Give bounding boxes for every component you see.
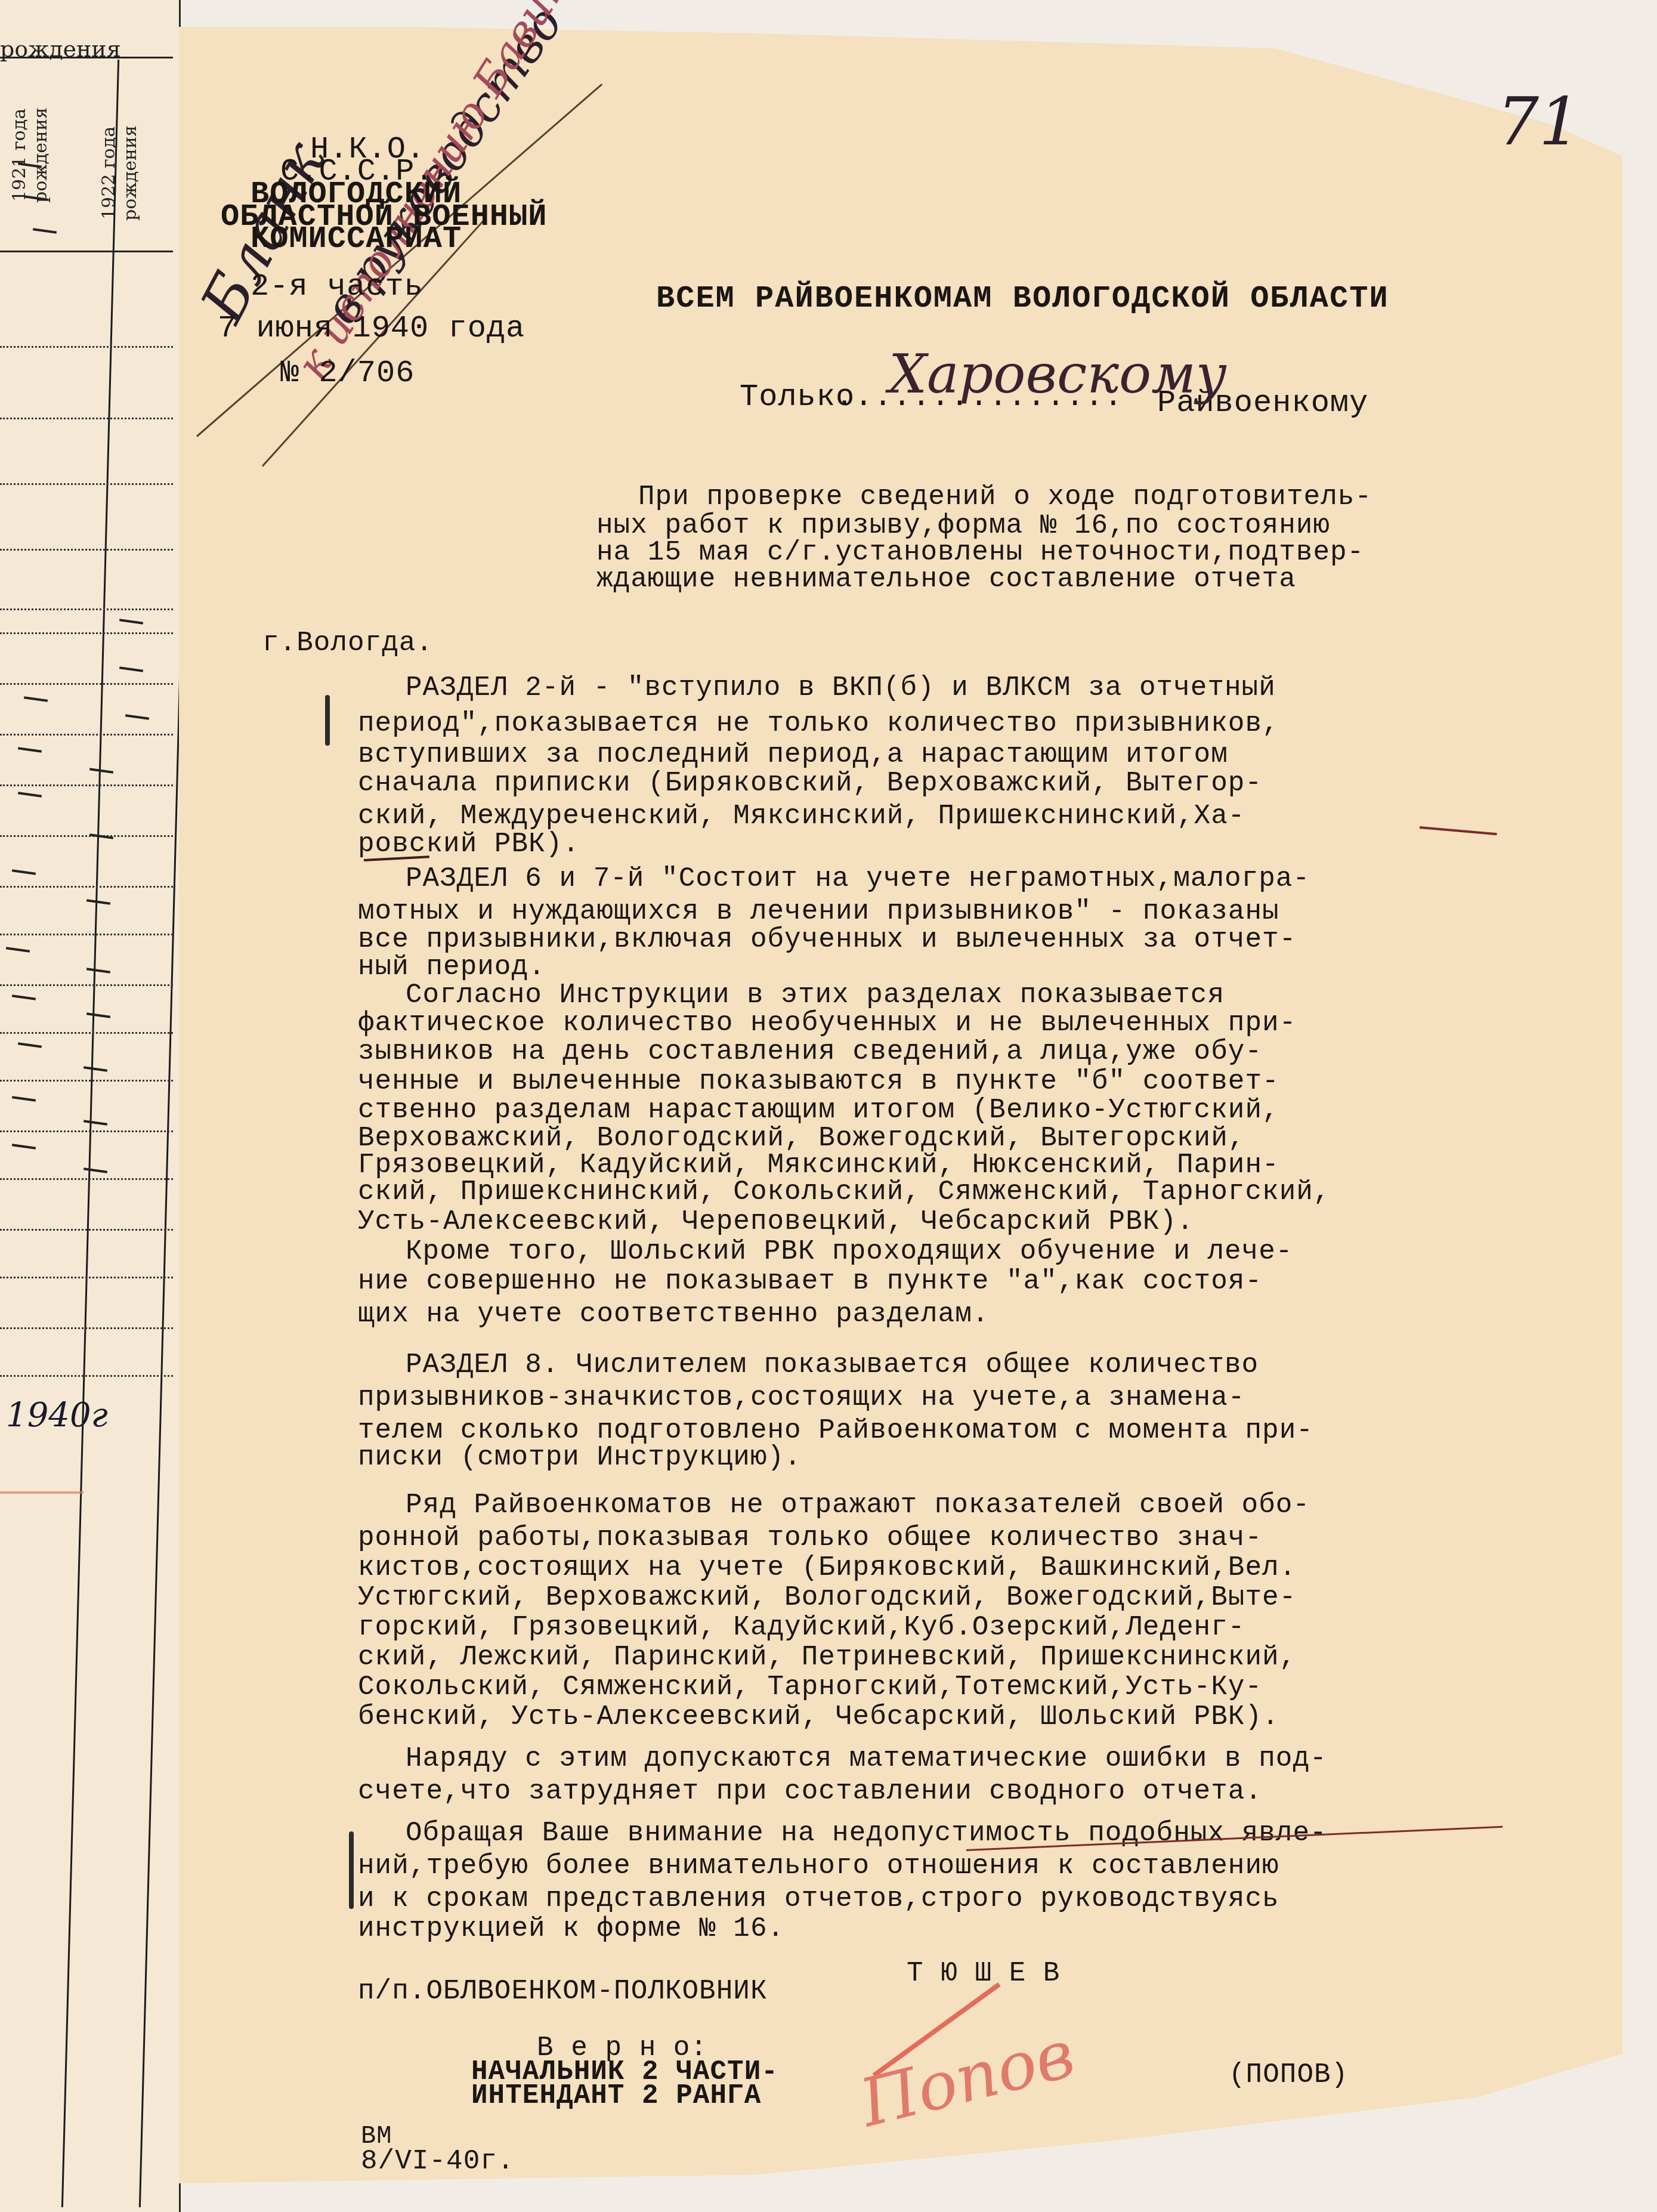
letterhead-commissariat: КОМИССАРИАТ <box>251 224 462 255</box>
moreover-line: щих на учете соответственно разделам. <box>358 1300 989 1328</box>
instruction-line: Грязовецкий, Кадуйский, Мяксинский, Нюкс… <box>358 1151 1279 1179</box>
instruction-line: зывников на день составления сведений,а … <box>358 1038 1262 1065</box>
tally-mark <box>84 1066 107 1072</box>
section6-7-line: все призывники,включая обученных и вылеч… <box>358 926 1296 953</box>
some-rvk-line: Устюгский, Верховажский, Вологодский, Во… <box>358 1584 1296 1611</box>
tally-mark <box>86 1012 110 1018</box>
some-rvk-line: горский, Грязовецкий, Кадуйский,Куб.Озер… <box>358 1614 1245 1641</box>
left-page-dotted-row <box>0 549 173 551</box>
moreover-line: Кроме того, Шольский РВК проходящих обуч… <box>406 1238 1293 1265</box>
left-page-dotted-row <box>0 483 173 485</box>
moreover-line: ние совершенно не показывает в пункте "а… <box>358 1268 1262 1295</box>
tally-mark <box>18 1042 42 1048</box>
instruction-line: ственно разделам нарастающим итогом (Вел… <box>358 1096 1279 1124</box>
left-page-dotted-row <box>0 1229 173 1231</box>
conclusion-line: инструкцией к форме № 16. <box>358 1915 784 1942</box>
section2-line: РАЗДЕЛ 2-й - "вступило в ВКП(б) и ВЛКСМ … <box>406 674 1276 702</box>
instruction-line: Усть-Алексеевский, Череповецкий, Чебсарс… <box>358 1208 1194 1235</box>
section8-line: телем сколько подготовлено Райвоенкомато… <box>358 1417 1313 1444</box>
left-page-dotted-row <box>0 683 173 685</box>
tally-mark <box>86 968 110 974</box>
conclusion-line: и к срокам представления отчетов,строго … <box>358 1885 1279 1913</box>
margin-mark <box>349 1831 354 1909</box>
section8-line: РАЗДЕЛ 8. Числителем показывается общее … <box>406 1351 1259 1379</box>
some-rvk-line: кистов,состоящих на учете (Бирякoвский, … <box>358 1554 1296 1581</box>
section2-line: вступивших за последний период,а нараста… <box>358 741 1228 768</box>
left-page-dotted-row <box>0 608 173 610</box>
left-page-dotted-row <box>0 1277 173 1278</box>
tally-mark <box>84 1167 107 1173</box>
left-page-dotted-row <box>0 1375 173 1377</box>
section6-7-line: РАЗДЕЛ 6 и 7-й "Состоит на учете неграмо… <box>406 865 1310 892</box>
left-page-dotted-row <box>0 418 173 419</box>
some-rvk-line: ронной работы,показывая только общее кол… <box>358 1524 1262 1552</box>
left-page-dotted-row <box>0 632 173 634</box>
section8-line: призывников-значкистов,состоящих на учет… <box>358 1384 1245 1411</box>
position-line: ИНТЕНДАНТ 2 РАНГА <box>471 2082 761 2109</box>
tally-mark <box>89 768 113 774</box>
tally-mark <box>18 747 42 753</box>
instruction-line: Согласно Инструкции в этих разделах пока… <box>406 981 1225 1009</box>
left-page-dotted-row <box>0 1130 173 1132</box>
left-page-dotted-row <box>0 984 173 986</box>
margin-mark <box>325 695 330 746</box>
intro-line: ждающие невнимательное составление отчет… <box>596 566 1296 593</box>
some-rvk-line: Сокольский, Сямженский, Тарногский,Тотем… <box>358 1673 1262 1701</box>
section2-line: ский, Междуреченский, Мяксинский, Пришек… <box>358 802 1245 830</box>
section6-7-line: мотных и нуждающихся в лечении призывник… <box>358 898 1279 925</box>
name-paren: (ПОПОВ) <box>1229 2061 1348 2089</box>
some-rvk-line: Ряд Райвоенкоматов не отражают показател… <box>406 1491 1310 1519</box>
left-page-red-mark <box>0 1491 84 1494</box>
section8-line: писки (смотри Инструкцию). <box>358 1444 802 1471</box>
left-page-dotted-row <box>0 934 173 935</box>
letterhead-number: № 2/706 <box>280 358 415 389</box>
left-page-rule <box>0 251 173 252</box>
tally-mark <box>119 666 143 672</box>
left-page-column-divider <box>61 60 119 2207</box>
left-page-column-1921: 1921 года рождения <box>9 66 75 245</box>
left-page-dotted-row <box>0 734 173 736</box>
section6-7-line: ный период. <box>358 953 546 981</box>
tally-mark <box>119 619 143 625</box>
tally-mark <box>24 696 48 702</box>
left-page-dotted-row <box>0 1080 173 1082</box>
left-page-dotted-row <box>0 835 173 837</box>
intro-line: При проверке сведений о ходе подготовите… <box>638 483 1372 511</box>
left-page-dotted-row <box>0 784 173 786</box>
page-number: 71 <box>1497 84 1581 160</box>
handwritten-addressee: Харовскому <box>889 343 1227 406</box>
tally-mark <box>12 1096 36 1102</box>
left-page-rule <box>0 57 173 58</box>
section2-line: ровский РВК). <box>358 830 580 858</box>
letterhead-city: г.Вологда. <box>262 629 433 657</box>
tally-mark <box>125 714 149 720</box>
some-rvk-line: бенский, Усть-Алексеевский, Чебсарский, … <box>358 1703 1279 1731</box>
tally-mark <box>12 1144 36 1150</box>
conclusion-line: ний,требую более внимательного отношения… <box>358 1852 1279 1880</box>
tally-mark <box>84 1120 107 1126</box>
tally-mark <box>12 994 36 1000</box>
addressee-heading: ВСЕМ РАЙВОЕНКОМАМ ВОЛОГОДСКОЙ ОБЛАСТИ <box>656 283 1389 314</box>
instruction-line: ченные и вылеченные показываются в пункт… <box>358 1068 1279 1095</box>
tally-mark <box>6 947 30 953</box>
left-page-dotted-row <box>0 1178 173 1180</box>
tally-mark <box>86 899 110 905</box>
instruction-line: ский, Пришекснинский, Сокольский, Сямжен… <box>358 1178 1330 1206</box>
tally-mark <box>18 792 42 798</box>
left-page-dotted-row <box>0 1032 173 1034</box>
left-page-handwritten-date: 1940г <box>6 1396 108 1435</box>
conclusion-line: Обращая Ваше внимание на недопустимость … <box>406 1819 1327 1847</box>
tally-mark <box>12 869 36 875</box>
instruction-line: Верховажский, Вологодский, Вожегодский, … <box>358 1124 1245 1152</box>
tally-mark <box>89 833 113 839</box>
left-page-dotted-row <box>0 1327 173 1329</box>
intro-line: на 15 мая с/г.установлены неточности,под… <box>596 539 1364 566</box>
math-errors-line: Наряду с этим допускаются математические… <box>406 1745 1327 1772</box>
section2-line: период",показывается не только количеств… <box>358 710 1279 737</box>
intro-line: ных работ к призыву,форма № 16,по состоя… <box>596 512 1330 539</box>
typist-initials: ВМ <box>361 2124 392 2149</box>
section2-line: сначала приписки (Бирякoвский, Верховажс… <box>358 770 1262 797</box>
letterhead-date: 7 июня 1940 года <box>218 313 525 344</box>
letterhead-department: 2-я часть <box>251 271 423 302</box>
left-page-dotted-row <box>0 346 173 348</box>
signer-name: Т Ю Ш Е В <box>907 1960 1060 1987</box>
math-errors-line: счете,что затрудняет при составлении сво… <box>358 1778 1262 1805</box>
left-binder-page: рождения 1921 года рождения 1922 года ро… <box>0 0 181 2212</box>
typed-date: 8/VI-40г. <box>361 2148 514 2175</box>
instruction-line: фактическое количество необученных и не … <box>358 1009 1296 1037</box>
signer-line: п/п.ОБЛВОЕНКОМ-ПОЛКОВНИК <box>358 1978 768 2005</box>
left-page-column-1922: 1922 года рождения <box>98 84 164 262</box>
some-rvk-line: ский, Лежский, Паринский, Петриневский, … <box>358 1643 1296 1671</box>
left-page-dotted-row <box>0 886 173 888</box>
